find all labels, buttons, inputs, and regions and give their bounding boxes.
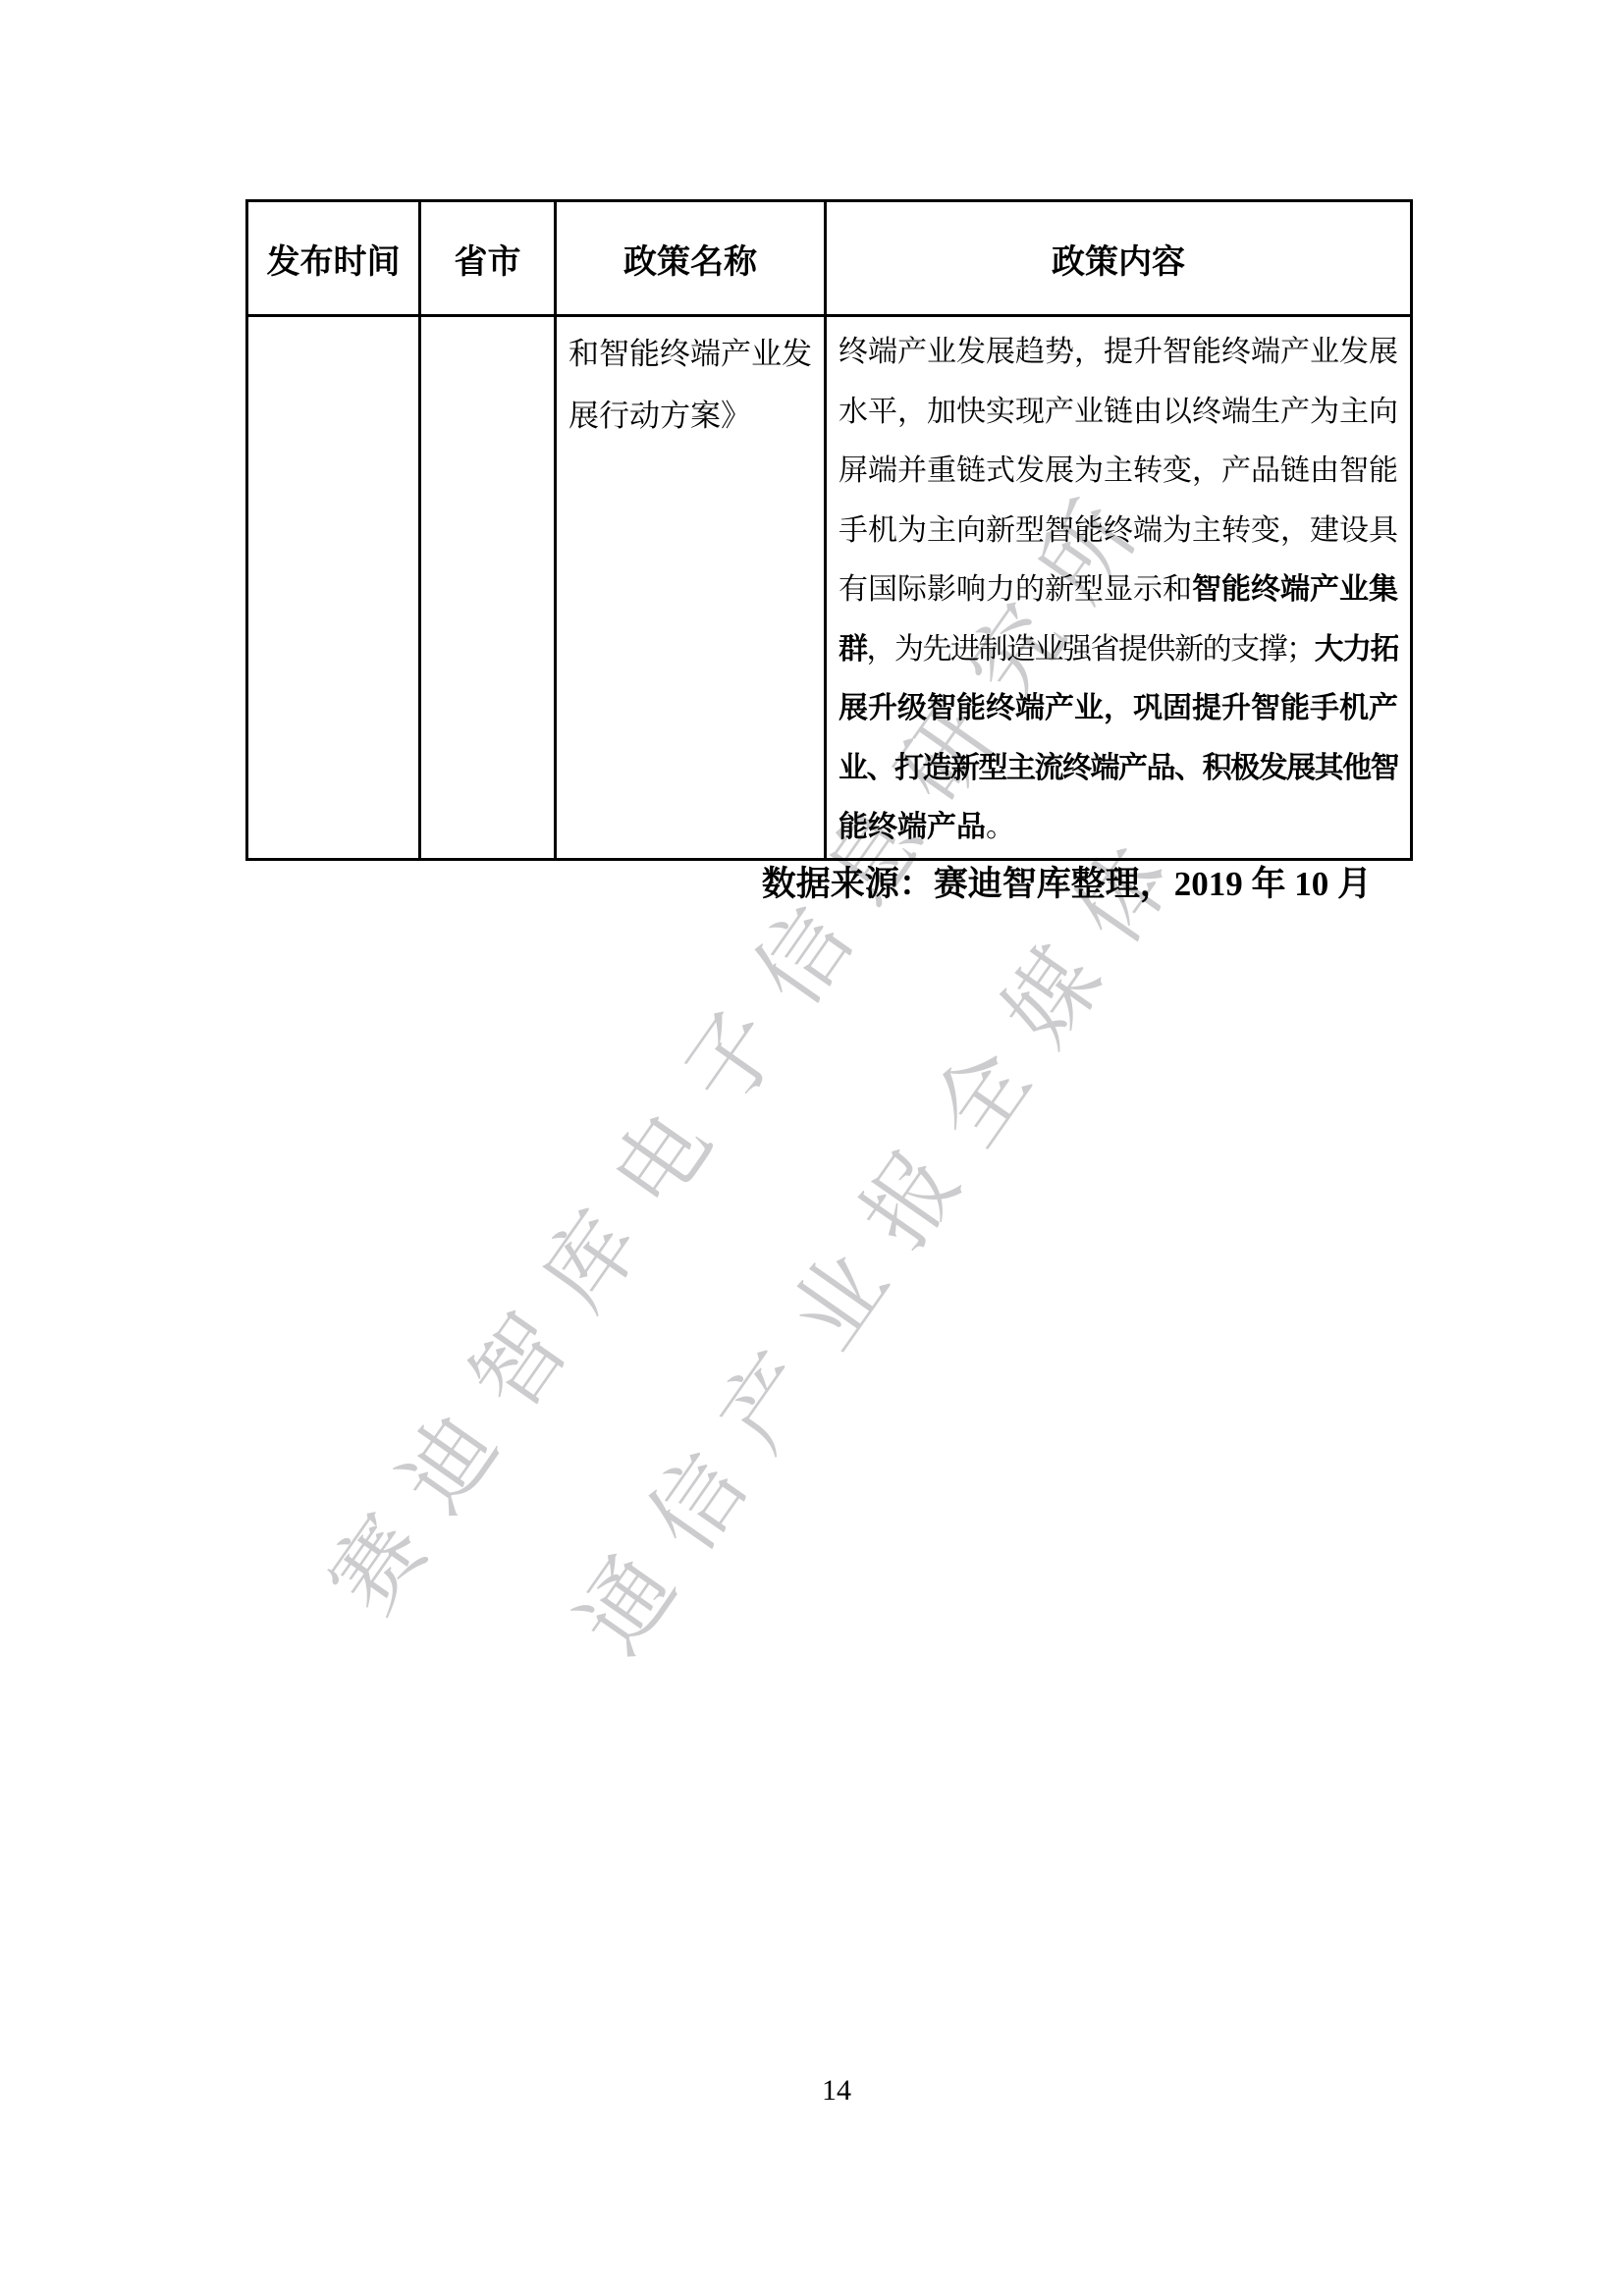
policy-content-line: 水平，加快实现产业链由以终端生产为主向 <box>839 383 1398 443</box>
page-number: 14 <box>738 2073 935 2109</box>
header-policy-content: 政策内容 <box>826 201 1412 316</box>
table-row: 和智能终端产业发 展行动方案》 终端产业发展趋势，提升智能终端产业发展水平，加快… <box>247 316 1412 860</box>
policy-name-line-1: 和智能终端产业发 <box>568 323 812 385</box>
cell-policy-name: 和智能终端产业发 展行动方案》 <box>556 316 826 860</box>
header-province: 省市 <box>420 201 556 316</box>
policy-content-line: 有国际影响力的新型显示和智能终端产业集 <box>839 561 1398 620</box>
table-header-row: 发布时间 省市 政策名称 政策内容 <box>247 201 1412 316</box>
policy-content-line: 展升级智能终端产业，巩固提升智能手机产 <box>839 679 1398 739</box>
header-publish-time: 发布时间 <box>247 201 420 316</box>
policy-content-text: 终端产业发展趋势，提升智能终端产业发展水平，加快实现产业链由以终端生产为主向屏端… <box>827 317 1410 858</box>
policy-content-line: 业、打造新型主流终端产品、积极发展其他智 <box>839 739 1398 799</box>
cell-publish-time <box>247 316 420 860</box>
policy-name-line-2: 展行动方案》 <box>568 385 812 447</box>
source-note: 数据来源：赛迪智库整理，2019 年 10 月 <box>0 863 1372 906</box>
header-policy-name: 政策名称 <box>556 201 826 316</box>
cell-province <box>420 316 556 860</box>
cell-policy-content: 终端产业发展趋势，提升智能终端产业发展水平，加快实现产业链由以终端生产为主向屏端… <box>826 316 1412 860</box>
policy-content-line: 群，为先进制造业强省提供新的支撑；大力拓 <box>839 620 1398 680</box>
document-page: 赛迪智库电子信息研究所 通信产业报全媒体 发布时间 省市 政策名称 政策内容 <box>0 0 1624 2296</box>
policy-content-line: 能终端产品。 <box>839 798 1398 858</box>
policy-content-line: 终端产业发展趋势，提升智能终端产业发展 <box>839 323 1398 383</box>
policy-table: 发布时间 省市 政策名称 政策内容 和智能终端产业发 展行动方案》 终端产业发展… <box>245 199 1413 861</box>
policy-content-line: 手机为主向新型智能终端为主转变，建设具 <box>839 502 1398 561</box>
policy-content-line: 屏端并重链式发展为主转变，产品链由智能 <box>839 442 1398 502</box>
